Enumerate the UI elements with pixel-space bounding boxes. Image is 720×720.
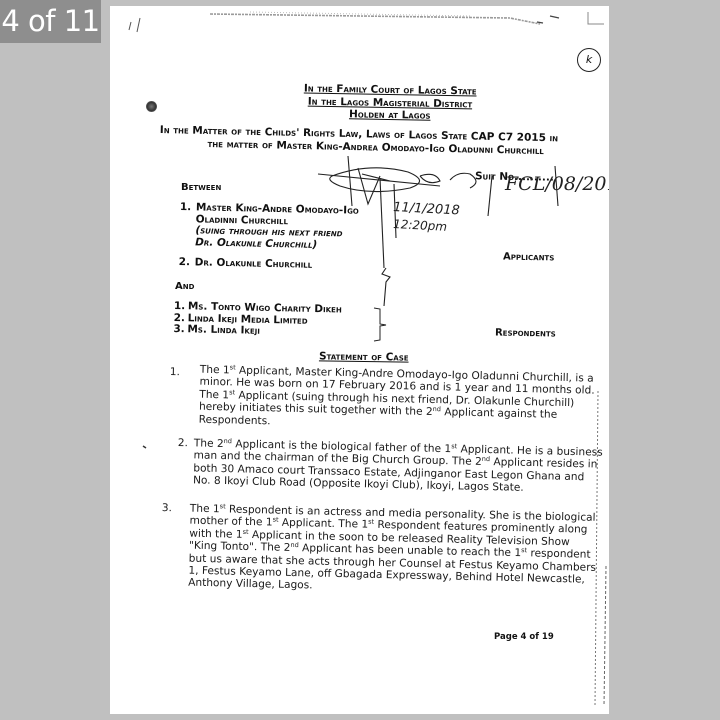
- suit-no-handwritten: FCL/08/201: [504, 173, 609, 195]
- paragraph-body: The 2nd Applicant is the biological fath…: [193, 437, 558, 495]
- document-page: k In the Family Court of Lagos State In …: [110, 6, 609, 714]
- stamp-time: 12:20pm: [393, 217, 448, 234]
- paragraph-3: 3. The 1st Respondent is an actress and …: [160, 502, 557, 598]
- document-content: k In the Family Court of Lagos State In …: [110, 6, 609, 714]
- statement-of-case-title: Statement of Case: [319, 350, 409, 363]
- page-counter: 4 of 11: [0, 0, 101, 43]
- paragraph-number: 2.: [178, 437, 188, 450]
- paragraph-body: The 1st Respondent is an actress and med…: [188, 503, 557, 598]
- paragraph-body: The 1st Applicant, Master King-Andre Omo…: [199, 364, 560, 434]
- page-number: Page 4 of 19: [494, 632, 554, 642]
- paragraph-1: 1. The 1st Applicant, Master King-Andre …: [169, 363, 560, 434]
- paragraph-number: 1.: [170, 366, 180, 379]
- paragraph-number: 3.: [162, 502, 172, 515]
- paragraph-2: 2. The 2nd Applicant is the biological f…: [177, 437, 558, 495]
- stamp-date: 11/1/2018: [393, 200, 460, 218]
